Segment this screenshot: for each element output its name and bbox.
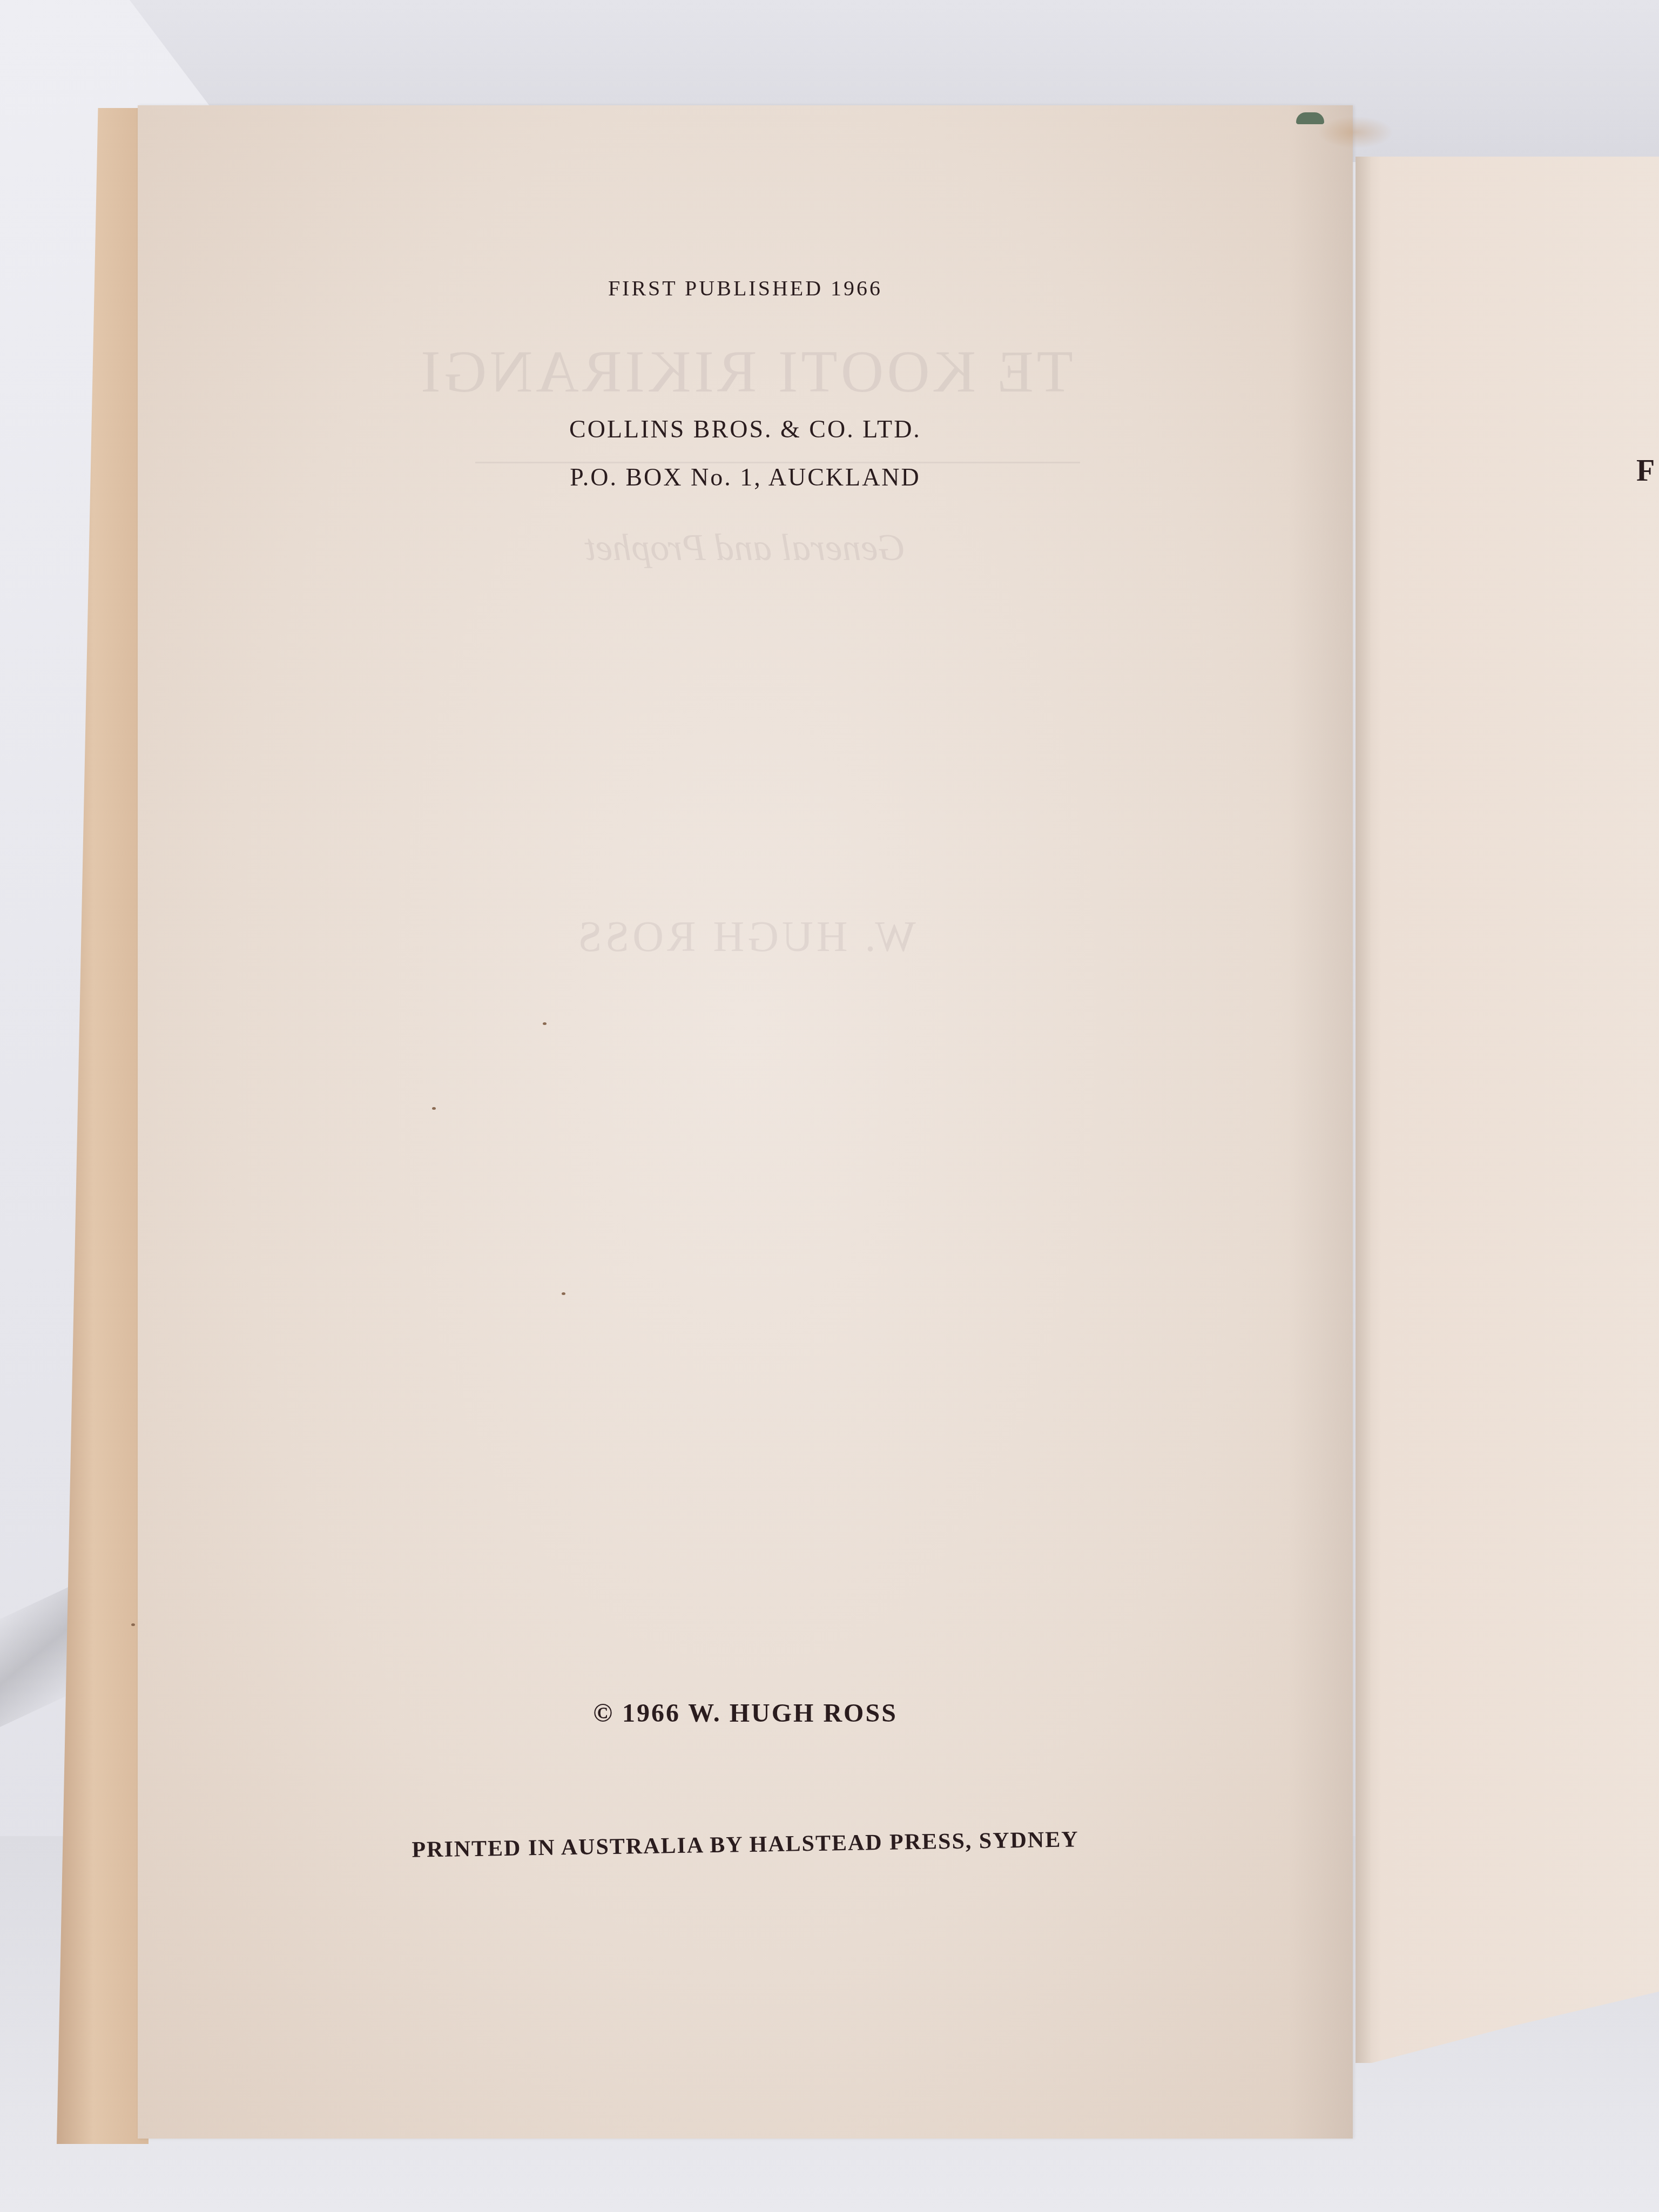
show-through-author: W. HUGH ROSS — [138, 913, 1353, 962]
page-stack-edge — [57, 108, 149, 2144]
publisher-address: P.O. BOX No. 1, AUCKLAND — [138, 463, 1353, 491]
paper-speck — [543, 1022, 547, 1025]
right-page — [1355, 157, 1659, 2063]
paper-speck — [432, 1107, 436, 1110]
binding-cloth-spot — [1296, 112, 1324, 124]
copyright-notice: © 1966 W. HUGH ROSS — [138, 1698, 1353, 1728]
paper-speck — [131, 1623, 135, 1626]
foxing-stain — [1318, 116, 1393, 149]
show-through-title: TE KOOTI RIKIRANGI — [138, 338, 1353, 406]
paper-speck — [562, 1292, 565, 1295]
right-page-partial-text: F — [1636, 454, 1655, 488]
show-through-subtitle: General and Prophet — [138, 527, 1353, 570]
first-published-line: FIRST PUBLISHED 1966 — [138, 275, 1353, 301]
right-page-gutter-edge — [1355, 157, 1371, 2063]
publisher-name: COLLINS BROS. & CO. LTD. — [138, 415, 1353, 443]
